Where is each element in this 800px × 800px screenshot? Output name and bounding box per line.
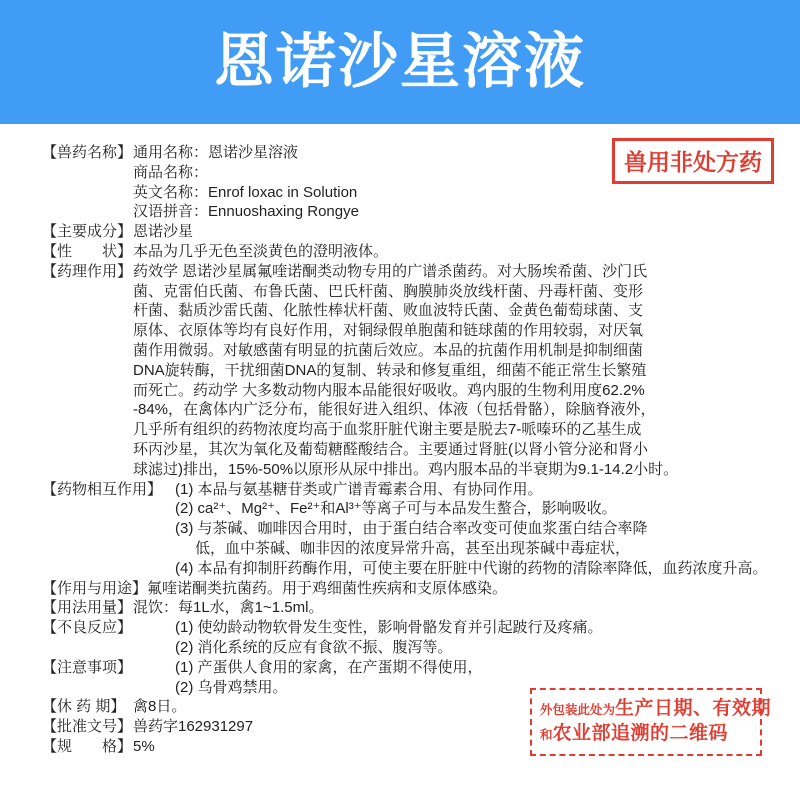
section-text: 本品为几乎无色至淡黄色的澄明液体。 bbox=[133, 243, 388, 260]
page-title: 恩诺沙星溶液 bbox=[214, 32, 586, 92]
section-text: 氟喹诺酮类抗菌药。用于鸡细菌性疾病和支原体感染。 bbox=[147, 580, 507, 597]
section-pharmacology-line: DNA旋转酶，干扰细菌DNA的复制、转录和修复重组，细菌不能正常生长繁殖 bbox=[42, 361, 800, 381]
section-drug-name-line: 商品名称： bbox=[42, 163, 800, 183]
section-text: 杆菌、黏质沙雷氏菌、化脓性棒状杆菌、败血波特氏菌、金黄色葡萄球菌、支 bbox=[133, 302, 643, 319]
section-adverse: 【不良反应】(1) 使幼龄动物软骨发生变性，影响骨骼发育并引起跛行及疼痛。 bbox=[42, 618, 800, 638]
drug-label-page: 恩诺沙星溶液 兽用非处方药 【兽药名称】通用名称：恩诺沙星溶液 商品名称： 英文… bbox=[0, 0, 800, 800]
section-interactions: 【药物相互作用】(1) 本品与氨基糖苷类或广谱青霉素合用、有协同作用。 bbox=[42, 480, 800, 500]
section-text: (2) 乌骨鸡禁用。 bbox=[175, 679, 288, 696]
section-drug-name-line: 汉语拼音：Ennuoshaxing Rongye bbox=[42, 202, 800, 222]
section-pharmacology-line: 而死亡。药动学 大多数动物内服本品能很好吸收。鸡内服的生物利用度62.2% bbox=[42, 381, 800, 401]
section-text: (1) 本品与氨基糖苷类或广谱青霉素合用、有协同作用。 bbox=[175, 481, 543, 498]
section-text: (3) 与茶碱、咖啡因合用时，由于蛋白结合率改变可使血浆蛋白结合率降 bbox=[175, 520, 648, 537]
section-text: 兽药字162931297 bbox=[133, 718, 253, 735]
section-text: 英文名称：Enrof loxac in Solution bbox=[133, 184, 357, 201]
section-pharmacology-line: 菌、克雷伯氏菌、布鲁氏菌、巴氏杆菌、胸膜肺炎放线杆菌、丹毒杆菌、变形 bbox=[42, 282, 800, 302]
section-interactions-item: (2) ca²⁺、Mg²⁺、Fe²⁺和Al³⁺等离子可与本品发生螯合，影响吸收。 bbox=[42, 499, 800, 519]
section-indications: 【作用与用途】氟喹诺酮类抗菌药。用于鸡细菌性疾病和支原体感染。 bbox=[42, 579, 800, 599]
header-banner: 恩诺沙星溶液 bbox=[0, 0, 800, 124]
section-text: 5% bbox=[133, 738, 155, 755]
section-pharmacology-line: -84%，在禽体内广泛分布，能很好进入组织、体液（包括骨骼），除脑脊液外， bbox=[42, 400, 800, 420]
section-text: (2) 消化系统的反应有食欲不振、腹泻等。 bbox=[175, 639, 453, 656]
section-text: 菌、克雷伯氏菌、布鲁氏菌、巴氏杆菌、胸膜肺炎放线杆菌、丹毒杆菌、变形 bbox=[133, 283, 643, 300]
section-text: (1) 使幼龄动物软骨发生变性，影响骨骼发育并引起跛行及疼痛。 bbox=[175, 619, 603, 636]
section-adverse-item: (2) 消化系统的反应有食欲不振、腹泻等。 bbox=[42, 638, 800, 658]
traceability-note-box: 外包装此处为生产日期、有效期 和农业部追溯的二维码 bbox=[530, 688, 762, 756]
note-line: 外包装此处为生产日期、有效期 bbox=[540, 697, 760, 722]
section-label: 【兽药名称】 bbox=[42, 143, 133, 163]
section-precautions: 【注意事项】(1) 产蛋供人食用的家禽，在产蛋期不得使用， bbox=[42, 658, 800, 678]
section-interactions-item: (3) 与茶碱、咖啡因合用时，由于蛋白结合率改变可使血浆蛋白结合率降 bbox=[42, 519, 800, 539]
section-label: 【休 药 期】 bbox=[42, 697, 133, 717]
section-pharmacology: 【药理作用】药效学 恩诺沙星属氟喹诺酮类动物专用的广谱杀菌药。对大肠埃希菌、沙门… bbox=[42, 262, 800, 282]
section-interactions-item: 低，血中茶碱、咖非因的浓度异常升高，甚至出现茶碱中毒症状， bbox=[42, 539, 800, 559]
section-text: (4) 本品有抑制肝药酶作用，可使主要在肝脏中代谢的药物的清除率降低，血药浓度升… bbox=[175, 560, 768, 577]
section-label: 【规 格】 bbox=[42, 737, 133, 757]
section-text: 商品名称： bbox=[133, 164, 208, 181]
section-text: 环丙沙星，其次为氧化及葡萄糖醛酸结合。主要通过肾脏(以肾小管分泌和肾小 bbox=[133, 441, 648, 458]
section-text: 菌作用微弱。对敏感菌有明显的抗菌后效应。本品的抗菌作用机制是抑制细菌 bbox=[133, 342, 643, 359]
section-text: 通用名称：恩诺沙星溶液 bbox=[133, 144, 298, 161]
section-ingredient: 【主要成分】恩诺沙星 bbox=[42, 222, 800, 242]
section-drug-name-line: 英文名称：Enrof loxac in Solution bbox=[42, 183, 800, 203]
section-pharmacology-line: 菌作用微弱。对敏感菌有明显的抗菌后效应。本品的抗菌作用机制是抑制细菌 bbox=[42, 341, 800, 361]
section-text: 几乎所有组织的药物浓度均高于血浆肝脏代谢主要是脱去7-哌嗪环的乙基生成 bbox=[133, 421, 641, 438]
section-text: DNA旋转酶，干扰细菌DNA的复制、转录和修复重组，细菌不能正常生长繁殖 bbox=[133, 362, 646, 379]
section-pharmacology-line: 球滤过)排出，15%-50%以原形从尿中排出。鸡内服本品的半衰期为9.1-14.… bbox=[42, 460, 800, 480]
section-text: (2) ca²⁺、Mg²⁺、Fe²⁺和Al³⁺等离子可与本品发生螯合，影响吸收。 bbox=[175, 500, 617, 517]
section-properties: 【性 状】本品为几乎无色至淡黄色的澄明液体。 bbox=[42, 242, 800, 262]
section-label: 【用法用量】 bbox=[42, 598, 133, 618]
section-drug-name: 【兽药名称】通用名称：恩诺沙星溶液 bbox=[42, 143, 800, 163]
section-label: 【注意事项】 bbox=[42, 658, 175, 678]
section-text: 原体、衣原体等均有良好作用，对铜绿假单胞菌和链球菌的作用较弱，对厌氧 bbox=[133, 322, 643, 339]
section-text: 球滤过)排出，15%-50%以原形从尿中排出。鸡内服本品的半衰期为9.1-14.… bbox=[133, 461, 678, 478]
note-small-text: 和 bbox=[540, 728, 553, 742]
label-text-body: 【兽药名称】通用名称：恩诺沙星溶液 商品名称： 英文名称：Enrof loxac… bbox=[0, 124, 800, 757]
section-pharmacology-line: 环丙沙星，其次为氧化及葡萄糖醛酸结合。主要通过肾脏(以肾小管分泌和肾小 bbox=[42, 440, 800, 460]
section-label: 【作用与用途】 bbox=[42, 579, 147, 599]
section-pharmacology-line: 几乎所有组织的药物浓度均高于血浆肝脏代谢主要是脱去7-哌嗪环的乙基生成 bbox=[42, 420, 800, 440]
section-pharmacology-line: 原体、衣原体等均有良好作用，对铜绿假单胞菌和链球菌的作用较弱，对厌氧 bbox=[42, 321, 800, 341]
section-text: (1) 产蛋供人食用的家禽，在产蛋期不得使用， bbox=[175, 659, 483, 676]
section-dosage: 【用法用量】混饮：每1L水，禽1~1.5ml。 bbox=[42, 598, 800, 618]
section-label: 【批准文号】 bbox=[42, 717, 133, 737]
note-line: 和农业部追溯的二维码 bbox=[540, 722, 760, 747]
note-big-text: 农业部追溯的二维码 bbox=[553, 723, 729, 744]
section-text: -84%，在禽体内广泛分布，能很好进入组织、体液（包括骨骼），除脑脊液外， bbox=[133, 401, 656, 418]
note-small-text: 外包装此处为 bbox=[540, 703, 615, 717]
section-label: 【主要成分】 bbox=[42, 222, 133, 242]
section-label: 【药理作用】 bbox=[42, 262, 133, 282]
section-label: 【不良反应】 bbox=[42, 618, 175, 638]
section-pharmacology-line: 杆菌、黏质沙雷氏菌、化脓性棒状杆菌、败血波特氏菌、金黄色葡萄球菌、支 bbox=[42, 301, 800, 321]
section-text: 而死亡。药动学 大多数动物内服本品能很好吸收。鸡内服的生物利用度62.2% bbox=[133, 382, 645, 399]
note-big-text: 生产日期、有效期 bbox=[615, 698, 771, 719]
section-text: 混饮：每1L水，禽1~1.5ml。 bbox=[133, 599, 323, 616]
section-text: 禽8日。 bbox=[133, 698, 186, 715]
section-text: 药效学 恩诺沙星属氟喹诺酮类动物专用的广谱杀菌药。对大肠埃希菌、沙门氏 bbox=[133, 263, 647, 280]
section-text: 恩诺沙星 bbox=[133, 223, 193, 240]
section-label: 【药物相互作用】 bbox=[42, 480, 175, 500]
section-label: 【性 状】 bbox=[42, 242, 133, 262]
section-interactions-item: (4) 本品有抑制肝药酶作用，可使主要在肝脏中代谢的药物的清除率降低，血药浓度升… bbox=[42, 559, 800, 579]
section-text: 低，血中茶碱、咖非因的浓度异常升高，甚至出现茶碱中毒症状， bbox=[195, 540, 630, 557]
section-text: 汉语拼音：Ennuoshaxing Rongye bbox=[133, 203, 359, 220]
